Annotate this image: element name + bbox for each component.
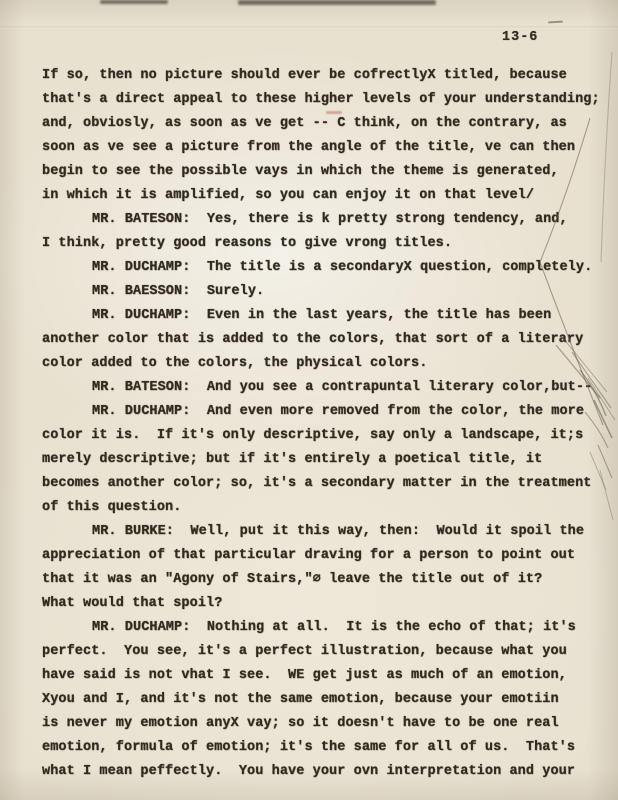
text-line: MR. BURKE: Well, put it this way, then: … xyxy=(42,520,587,544)
text-line: is never my emotion anyX vay; so it does… xyxy=(42,712,587,736)
text-line: in which it is amplified, so you can enj… xyxy=(42,184,587,208)
scan-edge-smudge xyxy=(238,0,436,5)
text-line: I think, pretty good reasons to give vro… xyxy=(42,232,587,256)
text-line: MR. BATESON: Yes, there is k pretty stro… xyxy=(42,208,587,232)
text-line: MR. BAESSON: Surely. xyxy=(42,280,587,304)
text-line: that's a direct appeal to these higher l… xyxy=(42,88,587,112)
text-line: soon as ve see a picture from the angle … xyxy=(42,136,587,160)
text-line: color added to the colors, the physical … xyxy=(42,352,587,376)
text-line: that it was an "Agony of Stairs,"∅ leave… xyxy=(42,568,587,592)
page-text: If so, then no picture should ever be co… xyxy=(42,64,587,784)
text-line: emotion, formula of emotion; it's the sa… xyxy=(42,736,587,760)
text-line: another color that is added to the color… xyxy=(42,328,587,352)
text-line: appreciation of that particular draving … xyxy=(42,544,587,568)
text-line: If so, then no picture should ever be co… xyxy=(42,64,587,88)
pencil-dash-mark xyxy=(548,21,563,24)
text-line: perfect. You see, it's a perfect illustr… xyxy=(42,640,587,664)
text-line: of this question. xyxy=(42,496,587,520)
text-line: have said is not vhat I see. WE get just… xyxy=(42,664,587,688)
scan-edge-smudge xyxy=(100,0,168,4)
page-number: 13-6 xyxy=(502,30,538,45)
text-line: MR. DUCHAMP: The title is a secondaryX q… xyxy=(42,256,587,280)
text-line: Xyou and I, and it's not the same emotio… xyxy=(42,688,587,712)
fold-crease xyxy=(0,26,618,29)
text-line: What would that spoil? xyxy=(42,592,587,616)
document-page: 13-6 If so, then no picture should ever … xyxy=(0,0,618,800)
text-line: color it is. If it's only descriptive, s… xyxy=(42,424,587,448)
text-line: and, obviosly, as soon as ve get -- C th… xyxy=(42,112,587,136)
text-line: merely descriptive; but if it's entirely… xyxy=(42,448,587,472)
text-line: what I mean peffectly. You have your ovn… xyxy=(42,760,587,784)
text-line: begin to see the possible vays in which … xyxy=(42,160,587,184)
text-line: MR. DUCHAMP: Even in the last years, the… xyxy=(42,304,587,328)
text-line: becomes another color; so, it's a second… xyxy=(42,472,587,496)
text-line: MR. BATESON: And you see a contrapuntal … xyxy=(42,376,587,400)
text-line: MR. DUCHAMP: And even more removed from … xyxy=(42,400,587,424)
text-line: MR. DUCHAMP: Nothing at all. It is the e… xyxy=(42,616,587,640)
